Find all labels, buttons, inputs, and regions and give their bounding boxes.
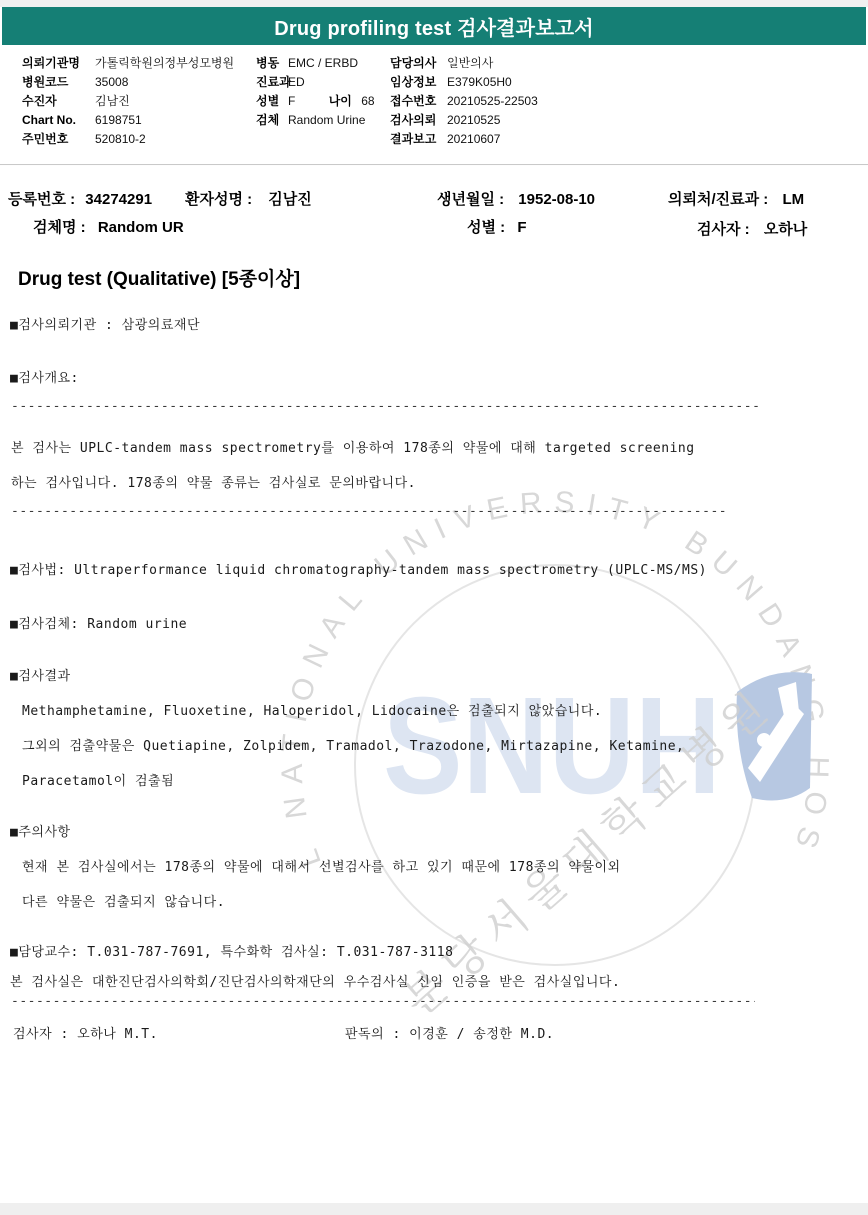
overview-heading: ■검사개요:	[10, 367, 79, 386]
result-heading: ■검사결과	[10, 665, 71, 684]
field-label: 진료과	[256, 75, 291, 89]
field-label: 접수번호	[390, 94, 436, 108]
patient-specimen: 검체명 : Random UR	[33, 216, 184, 237]
patient-specimen-value: Random UR	[98, 219, 184, 236]
field-value: 가톨릭학원의정부성모병원	[95, 56, 234, 70]
field-value: ED	[288, 75, 305, 89]
field-label: 병동	[256, 56, 279, 70]
field-value: 20210525	[447, 113, 500, 127]
patient-name-label: 환자성명 :	[185, 191, 252, 208]
method-line: ■검사법: Ultraperformance liquid chromatogr…	[10, 559, 707, 578]
field-value: 6198751	[95, 113, 142, 127]
report-title-bar: Drug profiling test 검사결과보고서	[2, 7, 866, 45]
field-label: 수진자	[22, 94, 57, 108]
field-label: 결과보고	[390, 132, 436, 146]
bottom-strip	[0, 1203, 868, 1215]
field-label: Chart No.	[22, 113, 76, 127]
header-right-values: 일반의사 E379K05H0 20210525-22503 20210525 2…	[447, 54, 538, 149]
field-value: EMC / ERBD	[288, 56, 358, 70]
patient-sex-value: F	[517, 219, 526, 236]
field-value: 20210607	[447, 132, 500, 146]
dashed-divider: ----------------------------------------…	[11, 399, 759, 414]
patient-examiner-value: 오하나	[764, 221, 807, 238]
field-value: F	[288, 94, 295, 108]
dashed-divider: ----------------------------------------…	[11, 994, 755, 1009]
patient-dept-label: 의뢰처/진료과 :	[668, 191, 768, 208]
overview-line-2: 하는 검사입니다. 178종의 약물 종류는 검사실로 문의바랍니다.	[11, 472, 416, 491]
signature-reviewer: 판독의 : 이경훈 / 송정한 M.D.	[345, 1023, 554, 1042]
field-value: Random Urine	[288, 113, 365, 127]
patient-dept-value: LM	[782, 191, 804, 208]
test-title: Drug test (Qualitative) [5종이상]	[18, 264, 300, 291]
field-label: 임상정보	[390, 75, 436, 89]
field-value: 일반의사	[447, 56, 493, 70]
top-strip	[0, 0, 868, 7]
specimen-line: ■검사검체: Random urine	[10, 613, 187, 632]
field-label: 담당의사	[390, 56, 436, 70]
age-value: 68	[361, 94, 374, 108]
patient-birth-label: 생년월일 :	[437, 191, 504, 208]
patient-examiner-label: 검사자 :	[697, 221, 750, 238]
header-left-values: 가톨릭학원의정부성모병원 35008 김남진 6198751 520810-2	[95, 54, 234, 149]
caution-line-2: 다른 약물은 검출되지 않습니다.	[22, 891, 225, 910]
patient-reg: 등록번호 : 34274291	[8, 188, 152, 209]
caution-heading: ■주의사항	[10, 821, 71, 840]
field-value: E379K05H0	[447, 75, 512, 89]
field-label: 성별	[256, 94, 279, 108]
result-line-3: Paracetamol이 검출됨	[22, 770, 174, 789]
contact-line: ■담당교수: T.031-787-7691, 특수화학 검사실: T.031-7…	[10, 941, 453, 960]
patient-birth: 생년월일 : 1952-08-10	[437, 188, 595, 209]
field-value: 35008	[95, 75, 128, 89]
report-title: Drug profiling test 검사결과보고서	[274, 12, 594, 41]
accreditation-line: 본 검사실은 대한진단검사의학회/진단검사의학재단의 우수검사실 신임 인증을 …	[10, 971, 620, 990]
patient-specimen-label: 검체명 :	[33, 219, 86, 236]
result-line-1: Methamphetamine, Fluoxetine, Haloperidol…	[22, 700, 602, 719]
patient-name-value: 김남진	[268, 191, 311, 208]
age-label: 나이	[329, 94, 352, 108]
patient-examiner: 검사자 : 오하나	[697, 218, 807, 239]
request-org-line: ■검사의뢰기관 : 삼광의료재단	[10, 314, 200, 333]
patient-reg-label: 등록번호 :	[8, 191, 75, 208]
header-right-labels: 담당의사 임상정보 접수번호 검사의뢰 결과보고	[390, 54, 436, 149]
field-label: 검사의뢰	[390, 113, 436, 127]
patient-name: 환자성명 : 김남진	[185, 188, 312, 209]
result-line-2: 그외의 검출약물은 Quetiapine, Zolpidem, Tramadol…	[22, 735, 684, 754]
patient-reg-value: 34274291	[85, 191, 152, 208]
caution-line-1: 현재 본 검사실에서는 178종의 약물에 대해서 선별검사를 하고 있기 때문…	[22, 856, 621, 875]
header-middle-values: EMC / ERBD ED F 나이 68 Random Urine	[288, 54, 375, 130]
field-label: 병원코드	[22, 75, 68, 89]
dashed-divider: ----------------------------------------…	[11, 504, 729, 519]
field-label: 검체	[256, 113, 279, 127]
field-value: 20210525-22503	[447, 94, 538, 108]
header-middle-labels: 병동 진료과 성별 검체	[256, 54, 291, 130]
header-left-labels: 의뢰기관명 병원코드 수진자 Chart No. 주민번호	[22, 54, 80, 149]
field-label: 주민번호	[22, 132, 68, 146]
field-label: 의뢰기관명	[22, 56, 80, 70]
patient-sex: 성별 : F	[467, 216, 527, 237]
patient-birth-value: 1952-08-10	[518, 191, 595, 208]
overview-line-1: 본 검사는 UPLC-tandem mass spectrometry를 이용하…	[11, 437, 695, 456]
field-value: 520810-2	[95, 132, 146, 146]
report-page: Drug profiling test 검사결과보고서 의뢰기관명 병원코드 수…	[0, 0, 868, 1215]
field-value: 김남진	[95, 94, 130, 108]
patient-dept: 의뢰처/진료과 : LM	[668, 188, 804, 209]
header-divider	[0, 164, 868, 166]
patient-sex-label: 성별 :	[467, 219, 505, 236]
signature-examiner: 검사자 : 오하나 M.T.	[13, 1023, 158, 1042]
